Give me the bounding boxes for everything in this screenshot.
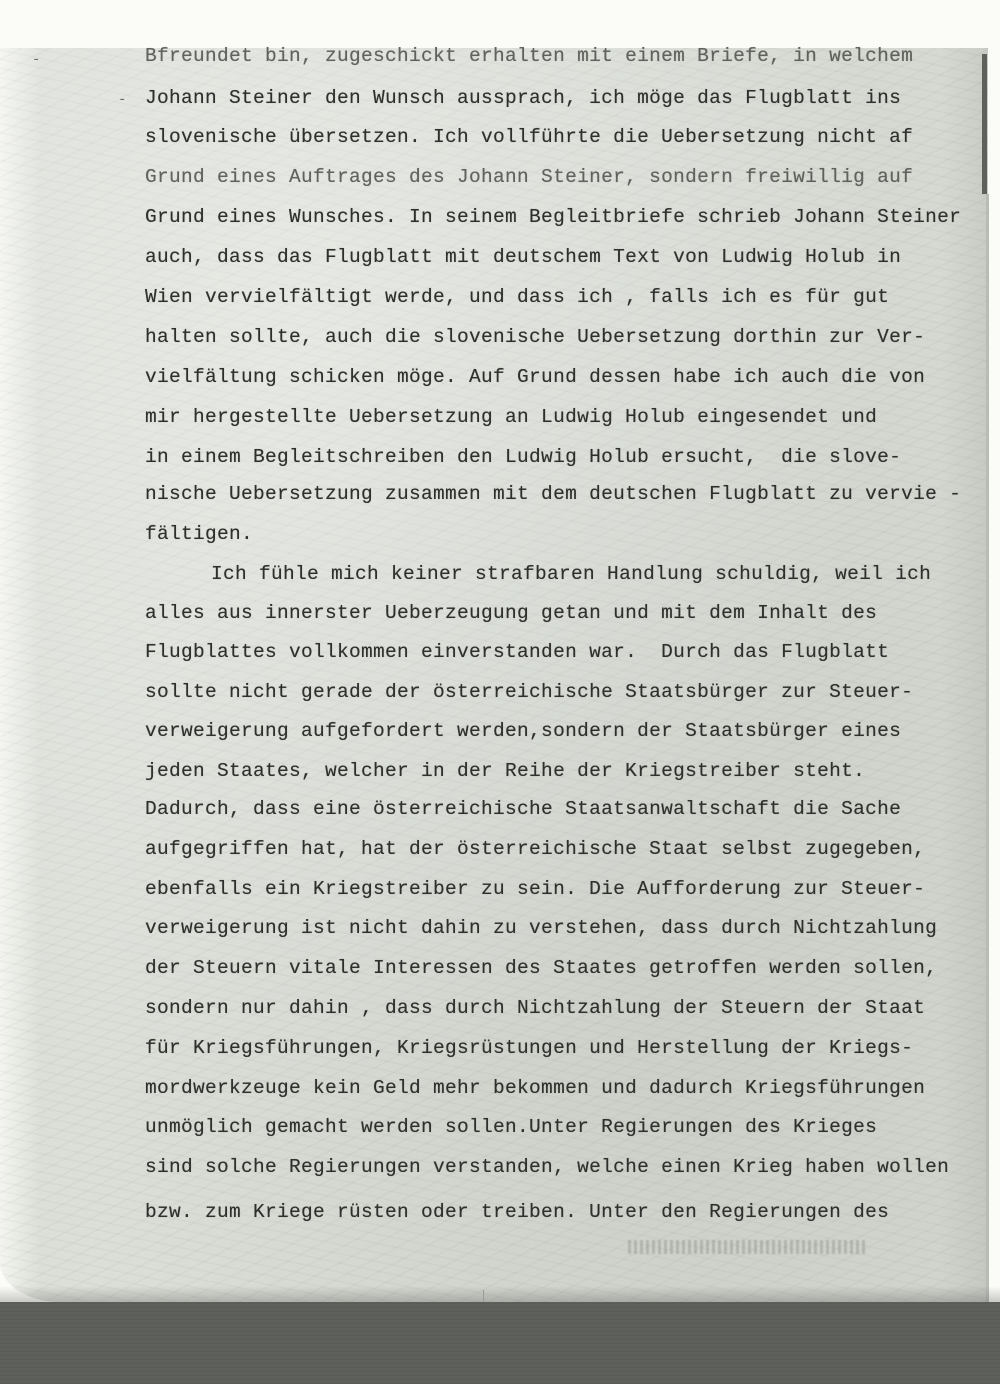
text-line: sollte nicht gerade der österreichische … bbox=[145, 680, 913, 704]
margin-tick-mark: - bbox=[118, 92, 126, 108]
text-line: nische Uebersetzung zusammen mit dem deu… bbox=[145, 482, 961, 506]
text-line: auch, dass das Flugblatt mit deutschem T… bbox=[145, 245, 901, 269]
text-line: Johann Steiner den Wunsch aussprach, ich… bbox=[145, 86, 901, 110]
text-line: Grund eines Wunsches. In seinem Begleitb… bbox=[145, 205, 961, 229]
text-line: verweigerung ist nicht dahin zu verstehe… bbox=[145, 916, 937, 940]
text-line: Grund eines Auftrages des Johann Steiner… bbox=[145, 165, 913, 189]
text-line: alles aus innerster Ueberzeugung getan u… bbox=[145, 601, 877, 625]
text-line: halten sollte, auch die slovenische Uebe… bbox=[145, 325, 925, 349]
paragraph-start-line: Ich fühle mich keiner strafbaren Handlun… bbox=[211, 562, 931, 586]
margin-tick-mark: - bbox=[32, 52, 40, 68]
text-line: mordwerkzeuge kein Geld mehr bekommen un… bbox=[145, 1076, 925, 1100]
text-line: bzw. zum Kriege rüsten oder treiben. Unt… bbox=[145, 1200, 889, 1224]
bleed-through-mark bbox=[628, 1240, 868, 1254]
text-line: ebenfalls ein Kriegstreiber zu sein. Die… bbox=[145, 877, 925, 901]
text-line: unmöglich gemacht werden sollen.Unter Re… bbox=[145, 1115, 877, 1139]
text-line: sind solche Regierungen verstanden, welc… bbox=[145, 1155, 949, 1179]
text-line: der Steuern vitale Interessen des Staate… bbox=[145, 956, 937, 980]
text-line: sondern nur dahin , dass durch Nichtzahl… bbox=[145, 996, 925, 1020]
paper-edge-line bbox=[986, 194, 989, 1302]
text-line: für Kriegsführungen, Kriegsrüstungen und… bbox=[145, 1036, 913, 1060]
text-line: in einem Begleitschreiben den Ludwig Hol… bbox=[145, 445, 901, 469]
text-line: slovenische übersetzen. Ich vollführte d… bbox=[145, 125, 913, 149]
text-line: verweigerung aufgefordert werden,sondern… bbox=[145, 719, 901, 743]
scan-top-margin bbox=[0, 0, 1000, 48]
paper-sheet bbox=[0, 48, 988, 1302]
text-line: Bfreundet bin, zugeschickt erhalten mit … bbox=[145, 44, 913, 68]
text-line: jeden Staates, welcher in der Reihe der … bbox=[145, 759, 865, 783]
paper-edge-shadow bbox=[982, 54, 987, 194]
text-line: aufgegriffen hat, hat der österreichisch… bbox=[145, 837, 925, 861]
text-line: Flugblattes vollkommen einverstanden war… bbox=[145, 640, 889, 664]
text-line: fältigen. bbox=[145, 522, 253, 546]
text-line: Wien vervielfältigt werde, und dass ich … bbox=[145, 285, 889, 309]
scanner-background-strip bbox=[0, 1302, 1000, 1384]
text-line: Dadurch, dass eine österreichische Staat… bbox=[145, 797, 901, 821]
text-line: vielfältung schicken möge. Auf Grund des… bbox=[145, 365, 925, 389]
text-line: mir hergestellte Uebersetzung an Ludwig … bbox=[145, 405, 877, 429]
